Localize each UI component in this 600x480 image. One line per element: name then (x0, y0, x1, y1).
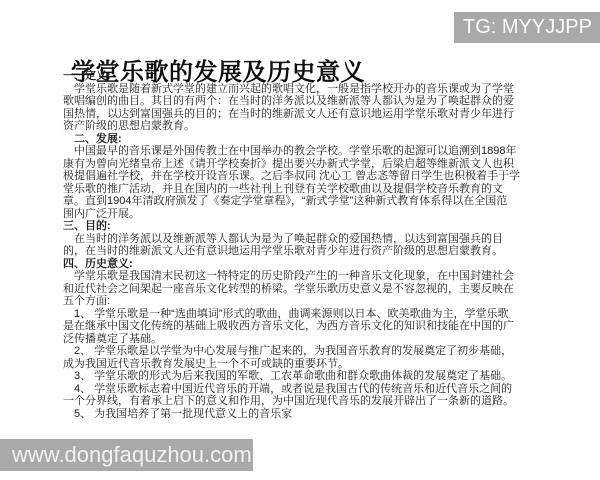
text-line: 2、 学堂乐歌是以学堂为中心发展与推广起来的，为我国音乐教育的发展奠定了初步基础… (63, 345, 544, 358)
text-line: 和近代社会之间架起一座音乐文化转型的桥梁。学堂乐歌历史意义是不容忽视的，主要反映… (63, 283, 544, 296)
text-line: 三、目的: (63, 220, 544, 233)
text-line: 二、发展: (63, 133, 544, 146)
text-line: 3、 学堂乐歌的形式为后来我国的军歌、工农革命歌曲和群众歌曲体裁的发展奠定了基础… (63, 370, 544, 383)
text-line: 资产阶级的思想启蒙教育。 (63, 120, 544, 133)
text-line: 康有为曾向光绪皇帝上述《请开学校奏折》提出要兴办新式学堂，后梁启超等维新派文人也… (63, 158, 544, 171)
text-line: 章。直到1904年清政府颁发了《奏定学堂章程》，“新式学堂”这种新式教育体系得以… (63, 195, 544, 208)
text-line: 学堂乐歌是我国清末民初这一特特定的历史阶段产生的一种音乐文化现象，在中国封建社会 (63, 270, 544, 283)
document-body: 一、定义: 学堂乐歌是随着新式学堂的建立而兴起的歌唱文化，一般是指学校开办的音乐… (63, 70, 544, 420)
text-line: 的，在当时的维新派文人还有意识地运用学堂乐歌对青少年进行资产阶级的思想启蒙教育。 (63, 245, 544, 258)
text-line: 1、 学堂乐歌是一种“选曲填词”形式的歌曲，曲调来源则以日本、欧美歌曲为主，学堂… (63, 308, 544, 321)
text-line: 学堂乐歌是随着新式学堂的建立而兴起的歌唱文化，一般是指学校开办的音乐课或为了学堂 (63, 83, 544, 96)
text-line: 极提倡遍社学校，并在学校开设音乐课。之后李叔同 沈心工 曾志忞等留日学生也积极着… (63, 170, 544, 183)
text-line: 是在继承中国文化传统的基础上吸收西方音乐文化，为西方音乐文化的知识和技能在中国的… (63, 320, 544, 333)
text-line: 围内广泛开展。 (63, 208, 544, 221)
text-line: 成为我国近代音乐教育发展史上一个不可或缺的重要环节。 (63, 358, 544, 371)
text-line: 一、定义: (63, 70, 544, 83)
text-line: 歌唱编创的曲目。其目的有两个：在当时的洋务派以及维新派等人都认为是为了唤起群众的… (63, 95, 544, 108)
text-line: 中国最早的音乐课是外国传教士在中国举办的教会学校。学堂乐歌的起源可以追溯到189… (63, 145, 544, 158)
text-line: 五个方面: (63, 295, 544, 308)
text-line: 5、 为我国培养了第一批现代意义上的音乐家 (63, 408, 544, 421)
text-line: 四、历史意义: (63, 258, 544, 271)
text-line: 国热情，以达到富国强兵的目的；在当时的维新派文人还有意识地运用学堂乐歌对青少年进… (63, 108, 544, 121)
text-line: 4、 学堂乐歌标志着中国近代音乐的开端，或者说是我国古代的传统音乐和近代音乐之间… (63, 383, 544, 396)
document-page: TG: MYYJJPP 学堂乐歌的发展及历史意义 一、定义: 学堂乐歌是随着新式… (0, 0, 600, 480)
text-line: 堂乐歌的推广活动，并且在国内的一些社刊上刊登有关学校歌曲以及提倡学校音乐教育的文 (63, 183, 544, 196)
website-watermark: www.dongfaquzhou.com (0, 439, 253, 471)
telegram-tag-badge: TG: MYYJJPP (454, 12, 600, 43)
text-line: 一个分界线，有着承上启下的意义和作用，为中国近现代音乐的发展开辟出了一条新的道路… (63, 395, 544, 408)
text-line: 在当时的洋务派以及维新派等人都认为是为了唤起群众的爱国热情，以达到富国强兵的目 (63, 233, 544, 246)
text-line: 泛传播奠定了基础。 (63, 333, 544, 346)
